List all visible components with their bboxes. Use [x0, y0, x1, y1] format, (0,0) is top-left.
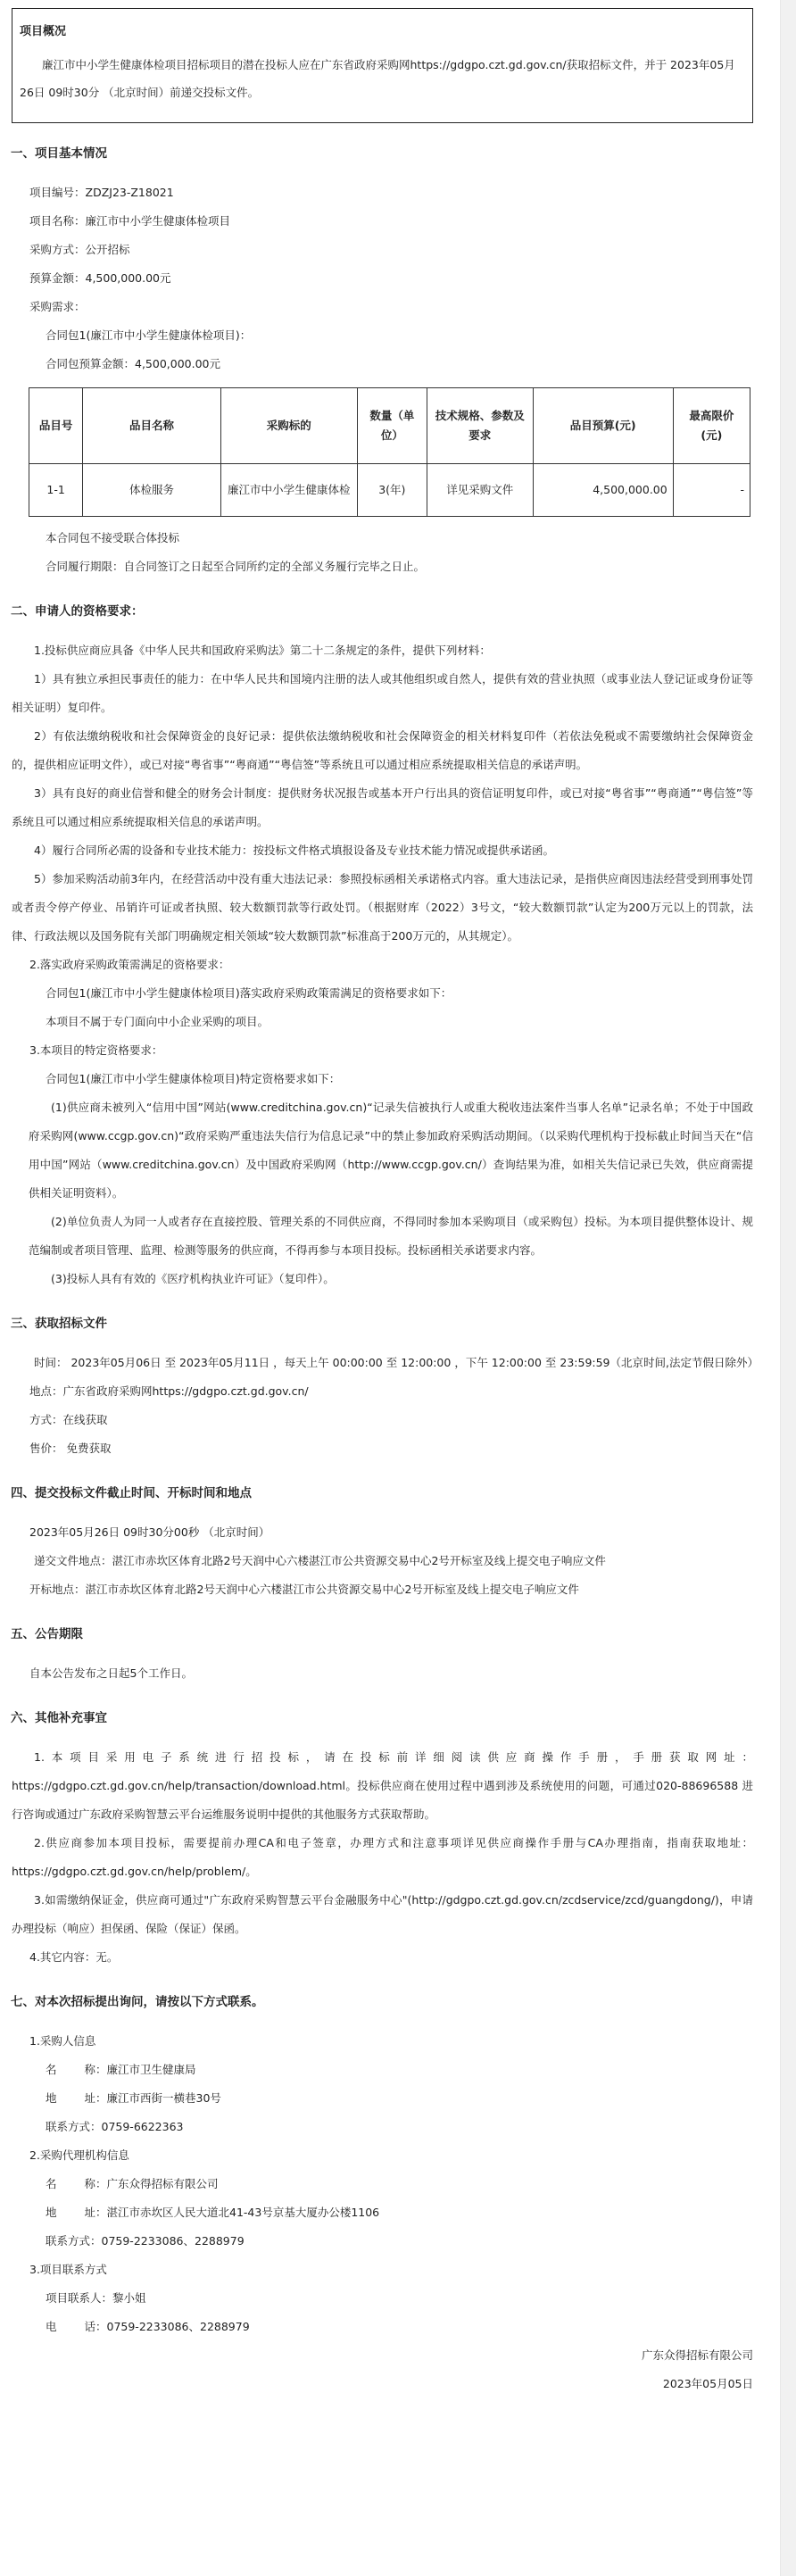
qualification-item-3: 3.本项目的特定资格要求：	[0, 1036, 773, 1065]
cell-item-name: 体检服务	[83, 464, 221, 517]
obtain-place: 地点：广东省政府采购网https://gdgpo.czt.gd.gov.cn/	[0, 1377, 773, 1406]
other-item-3: 3.如需缴纳保证金，供应商可通过"广东政府采购智慧云平台金融服务中心"(http…	[0, 1886, 773, 1943]
section-title-other-matters: 六、其他补充事宜	[11, 1709, 773, 1727]
package-label: 合同包1(廉江市中小学生健康体检项目)：	[0, 321, 773, 350]
table-header-row: 品目号 品目名称 采购标的 数量（单位） 技术规格、参数及要求 品目预算(元) …	[29, 388, 750, 464]
cell-spec: 详见采购文件	[427, 464, 533, 517]
opening-place: 开标地点：湛江市赤坎区体育北路2号天润中心六楼湛江市公共资源交易中心2号开标室及…	[0, 1575, 773, 1604]
specific-requirement-2: (2)单位负责人为同一人或者存在直接控股、管理关系的不同供应商，不得同时参加本采…	[0, 1208, 773, 1265]
section-title-basic-info: 一、项目基本情况	[11, 145, 773, 162]
qualification-sub-2: 2）有依法缴纳税收和社会保障资金的良好记录：提供依法缴纳税收和社会保障资金的相关…	[0, 722, 773, 779]
header-item-name: 品目名称	[83, 388, 221, 464]
obtain-price: 售价： 免费获取	[0, 1434, 773, 1463]
agency-address: 地 址：湛江市赤坎区人民大道北41-43号京基大厦办公楼1106	[0, 2198, 773, 2227]
overview-box: 项目概况 廉江市中小学生健康体检项目招标项目的潜在投标人应在广东省政府采购网ht…	[12, 8, 753, 123]
header-max-price: 最高限价(元)	[673, 388, 750, 464]
project-contact-person: 项目联系人：黎小姐	[0, 2284, 773, 2313]
project-contact-heading: 3.项目联系方式	[0, 2256, 773, 2284]
overview-text: 廉江市中小学生健康体检项目招标项目的潜在投标人应在广东省政府采购网https:/…	[20, 51, 745, 106]
other-item-2: 2.供应商参加本项目投标，需要提前办理CA和电子签章，办理方式和注意事项详见供应…	[0, 1829, 773, 1886]
qualification-sub-1: 1）具有独立承担民事责任的能力：在中华人民共和国境内注册的法人或其他组织或自然人…	[0, 665, 773, 722]
cell-target: 廉江市中小学生健康体检	[220, 464, 357, 517]
purchaser-heading: 1.采购人信息	[0, 2027, 773, 2056]
specific-requirement-3: (3)投标人具有有效的《医疗机构执业许可证》（复印件）。	[0, 1265, 773, 1293]
cell-budget: 4,500,000.00	[533, 464, 673, 517]
qualification-item-2: 2.落实政府采购政策需满足的资格要求：	[0, 951, 773, 979]
header-target: 采购标的	[220, 388, 357, 464]
contract-period: 合同履行期限：自合同签订之日起至合同所约定的全部义务履行完毕之日止。	[0, 553, 773, 581]
project-number: 项目编号：ZDZJ23-Z18021	[0, 179, 773, 207]
header-quantity: 数量（单位）	[357, 388, 427, 464]
section-title-contact: 七、对本次招标提出询问，请按以下方式联系。	[11, 1993, 773, 2011]
qualification-item-3-package: 合同包1(廉江市中小学生健康体检项目)特定资格要求如下：	[0, 1065, 773, 1093]
header-item-no: 品目号	[29, 388, 83, 464]
notice-period-text: 自本公告发布之日起5个工作日。	[0, 1659, 773, 1688]
package-budget: 合同包预算金额：4,500,000.00元	[0, 350, 773, 378]
obtain-method: 方式：在线获取	[0, 1406, 773, 1434]
items-table: 品目号 品目名称 采购标的 数量（单位） 技术规格、参数及要求 品目预算(元) …	[29, 387, 750, 517]
section-title-qualifications: 二、申请人的资格要求：	[11, 602, 773, 620]
procurement-demand-label: 采购需求：	[0, 293, 773, 321]
section-title-notice-period: 五、公告期限	[11, 1625, 773, 1643]
qualification-sub-3: 3）具有良好的商业信誉和健全的财务会计制度：提供财务状况报告或基本开户行出具的资…	[0, 779, 773, 836]
table-row: 1-1 体检服务 廉江市中小学生健康体检 3(年) 详见采购文件 4,500,0…	[29, 464, 750, 517]
agency-name: 名 称：广东众得招标有限公司	[0, 2170, 773, 2198]
no-consortium-note: 本合同包不接受联合体投标	[0, 524, 773, 553]
other-item-4: 4.其它内容：无。	[0, 1943, 773, 1972]
cell-item-no: 1-1	[29, 464, 83, 517]
agency-contact: 联系方式：0759-2233086、2288979	[0, 2227, 773, 2256]
section-title-deadline: 四、提交投标文件截止时间、开标时间和地点	[11, 1484, 773, 1502]
qualification-item-2-package: 合同包1(廉江市中小学生健康体检项目)落实政府采购政策需满足的资格要求如下：	[0, 979, 773, 1008]
procurement-method: 采购方式：公开招标	[0, 236, 773, 264]
footer-company: 广东众得招标有限公司	[0, 2341, 773, 2370]
qualification-item-1: 1.投标供应商应具备《中华人民共和国政府采购法》第二十二条规定的条件，提供下列材…	[0, 636, 773, 665]
qualification-sub-5: 5）参加采购活动前3年内，在经营活动中没有重大违法记录：参照投标函相关承诺格式内…	[0, 865, 773, 951]
cell-max-price: -	[673, 464, 750, 517]
qualification-item-2-text: 本项目不属于专门面向中小企业采购的项目。	[0, 1008, 773, 1036]
obtain-time: 时间： 2023年05月06日 至 2023年05月11日 ，每天上午 00:0…	[0, 1349, 773, 1377]
submission-deadline: 2023年05月26日 09时30分00秒 （北京时间）	[0, 1518, 773, 1547]
purchaser-name: 名 称：廉江市卫生健康局	[0, 2056, 773, 2084]
cell-quantity: 3(年)	[357, 464, 427, 517]
qualification-sub-4: 4）履行合同所必需的设备和专业技术能力：按投标文件格式填报设备及专业技术能力情况…	[0, 836, 773, 865]
specific-requirement-1: (1)供应商未被列入“信用中国”网站(www.creditchina.gov.c…	[0, 1093, 773, 1208]
purchaser-address: 地 址：廉江市西街一横巷30号	[0, 2084, 773, 2113]
header-spec: 技术规格、参数及要求	[427, 388, 533, 464]
project-contact-phone: 电 话：0759-2233086、2288979	[0, 2313, 773, 2341]
budget-amount: 预算金额：4,500,000.00元	[0, 264, 773, 293]
overview-title: 项目概况	[20, 21, 745, 38]
vertical-scrollbar[interactable]	[780, 0, 796, 2576]
project-name: 项目名称：廉江市中小学生健康体检项目	[0, 207, 773, 236]
submission-place: 递交文件地点：湛江市赤坎区体育北路2号天润中心六楼湛江市公共资源交易中心2号开标…	[0, 1547, 773, 1575]
other-item-1: 1.本项目采用电子系统进行招投标，请在投标前详细阅读供应商操作手册，手册获取网址…	[0, 1743, 773, 1829]
purchaser-contact: 联系方式：0759-6622363	[0, 2113, 773, 2141]
agency-heading: 2.采购代理机构信息	[0, 2141, 773, 2170]
footer-date: 2023年05月05日	[0, 2370, 773, 2398]
announcement-page: 项目概况 廉江市中小学生健康体检项目招标项目的潜在投标人应在广东省政府采购网ht…	[0, 0, 773, 2398]
header-budget: 品目预算(元)	[533, 388, 673, 464]
section-title-obtain-documents: 三、获取招标文件	[11, 1315, 773, 1333]
